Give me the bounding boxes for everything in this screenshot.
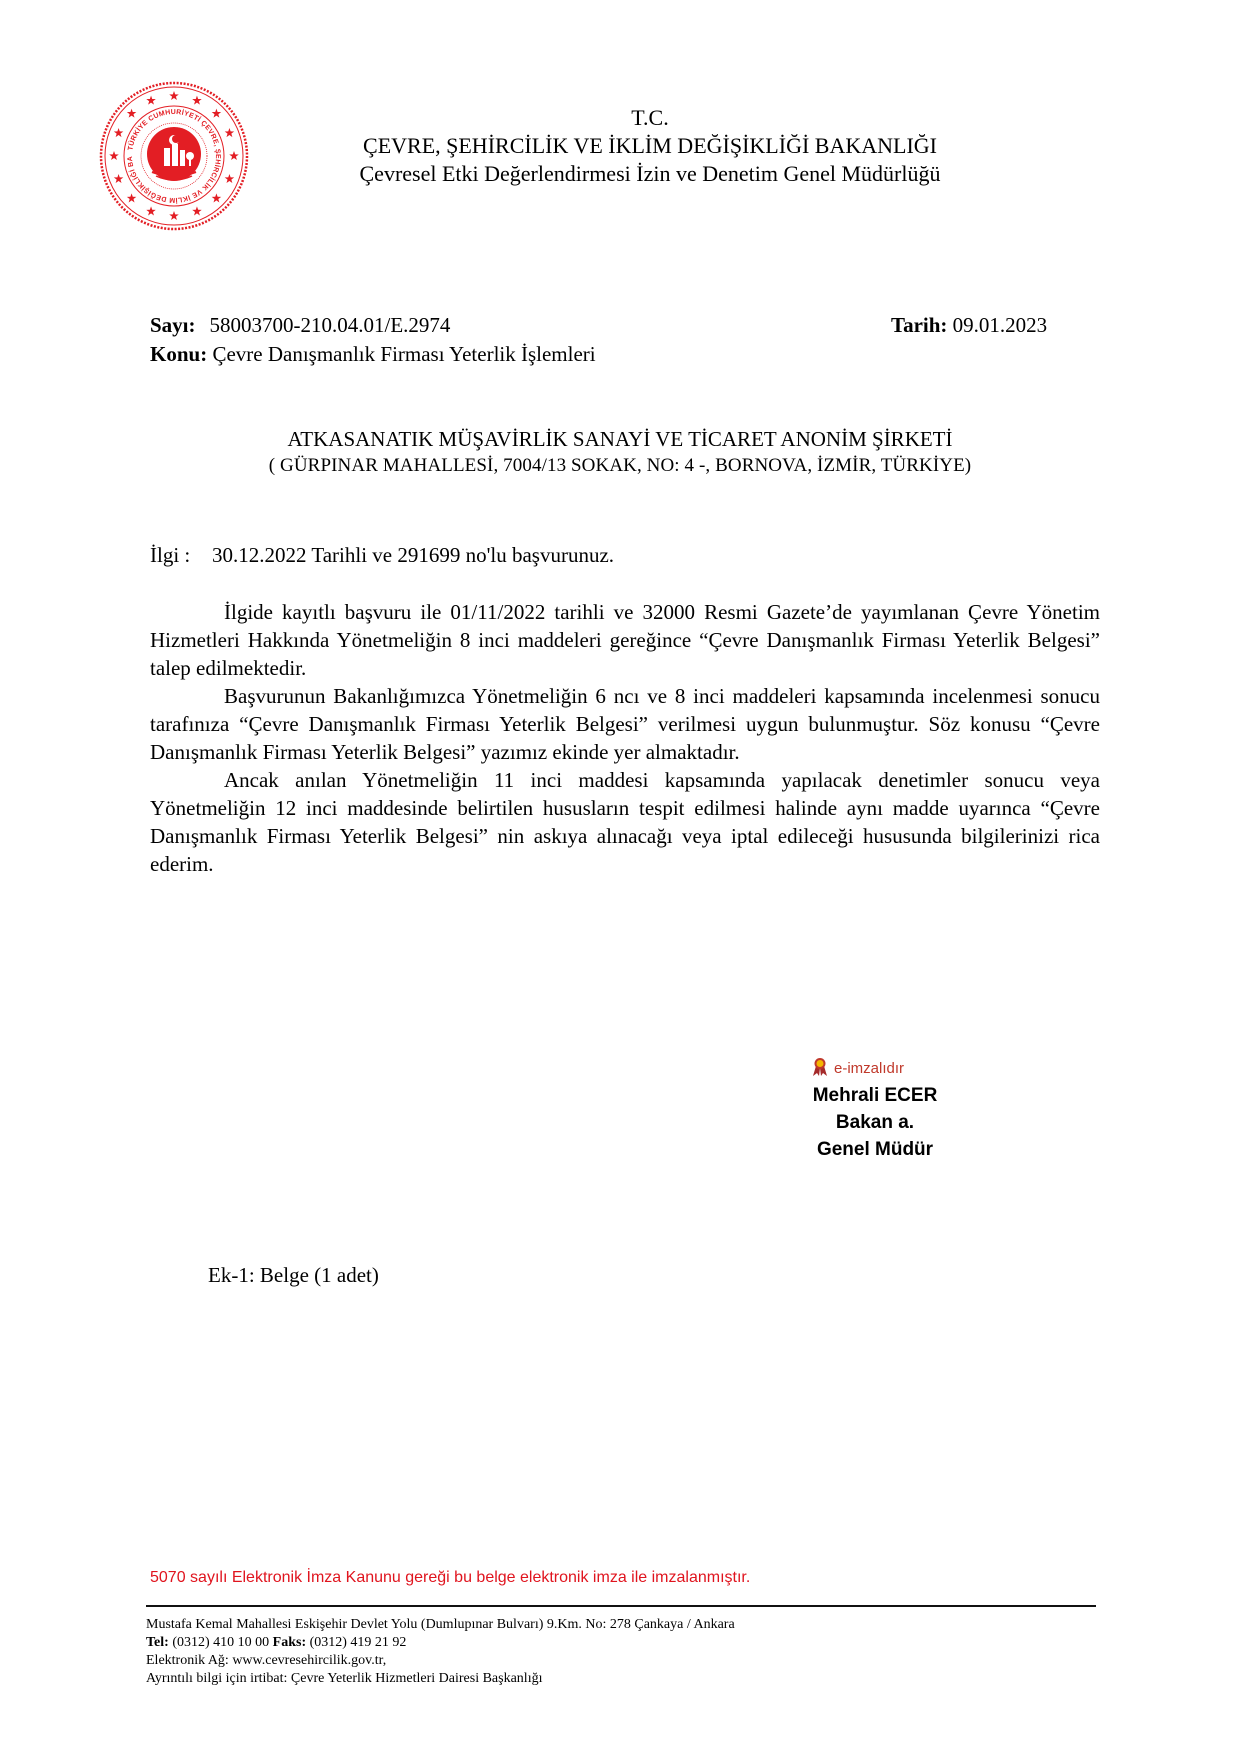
document-number: Sayı:58003700-210.04.01/E.2974 xyxy=(150,311,450,339)
tarih-label: Tarih: xyxy=(891,313,947,337)
fax-value: (0312) 419 21 92 xyxy=(310,1635,407,1650)
reference-value: 30.12.2022 Tarihli ve 291699 no'lu başvu… xyxy=(212,543,614,567)
footer-phone: Tel: (0312) 410 10 00 Faks: (0312) 419 2… xyxy=(146,1634,406,1652)
award-ribbon-icon xyxy=(812,1057,828,1077)
signer-title-line1: Bakan a. xyxy=(795,1110,955,1136)
e-signature-notice: 5070 sayılı Elektronik İmza Kanunu gereğ… xyxy=(150,1567,750,1589)
tel-value: (0312) 410 10 00 xyxy=(172,1635,269,1650)
header-unit: Çevresel Etki Değerlendirmesi İzin ve De… xyxy=(290,160,1010,187)
tarih-value: 09.01.2023 xyxy=(953,313,1048,337)
document-subject: Konu: Çevre Danışmanlık Firması Yeterlik… xyxy=(150,340,596,368)
e-signature-label: e-imzalıdır xyxy=(834,1060,904,1077)
footer-divider xyxy=(146,1605,1096,1607)
attachment-line: Ek-1: Belge (1 adet) xyxy=(208,1261,379,1289)
recipient-name: ATKASANATIK MÜŞAVİRLİK SANAYİ VE TİCARET… xyxy=(140,426,1100,452)
recipient-address: ( GÜRPINAR MAHALLESİ, 7004/13 SOKAK, NO:… xyxy=(140,454,1100,478)
footer-address: Mustafa Kemal Mahallesi Eskişehir Devlet… xyxy=(146,1616,735,1634)
header-country: T.C. xyxy=(300,104,1000,131)
signer-name: Mehrali ECER xyxy=(795,1083,955,1109)
konu-label: Konu: xyxy=(150,342,207,366)
letter-body: İlgide kayıtlı başvuru ile 01/11/2022 ta… xyxy=(150,598,1100,878)
footer-website: Elektronik Ağ: www.cevresehircilik.gov.t… xyxy=(146,1652,386,1670)
body-paragraph: Başvurunun Bakanlığımızca Yönetmeliğin 6… xyxy=(150,682,1100,766)
header-ministry: ÇEVRE, ŞEHİRCİLİK VE İKLİM DEĞİŞİKLİĞİ B… xyxy=(290,132,1010,159)
sayi-label: Sayı: xyxy=(150,313,196,337)
signer-title-line2: Genel Müdür xyxy=(795,1137,955,1163)
footer-contact: Ayrıntılı bilgi için irtibat: Çevre Yete… xyxy=(146,1670,542,1688)
fax-label: Faks: xyxy=(273,1635,306,1650)
ministry-seal-icon: TÜRKİYE CUMHURİYETİ ÇEVRE, ŞEHİRCİLİK VE… xyxy=(98,80,250,232)
konu-value: Çevre Danışmanlık Firması Yeterlik İşlem… xyxy=(212,342,595,366)
sayi-value: 58003700-210.04.01/E.2974 xyxy=(210,313,451,337)
reference-label: İlgi : xyxy=(150,541,212,569)
body-paragraph: İlgide kayıtlı başvuru ile 01/11/2022 ta… xyxy=(150,598,1100,682)
body-paragraph: Ancak anılan Yönetmeliğin 11 inci maddes… xyxy=(150,766,1100,878)
document-date: Tarih: 09.01.2023 xyxy=(891,311,1047,339)
tel-label: Tel: xyxy=(146,1635,169,1650)
e-signature-badge: e-imzalıdır xyxy=(812,1057,904,1079)
reference-line: İlgi :30.12.2022 Tarihli ve 291699 no'lu… xyxy=(150,541,614,569)
